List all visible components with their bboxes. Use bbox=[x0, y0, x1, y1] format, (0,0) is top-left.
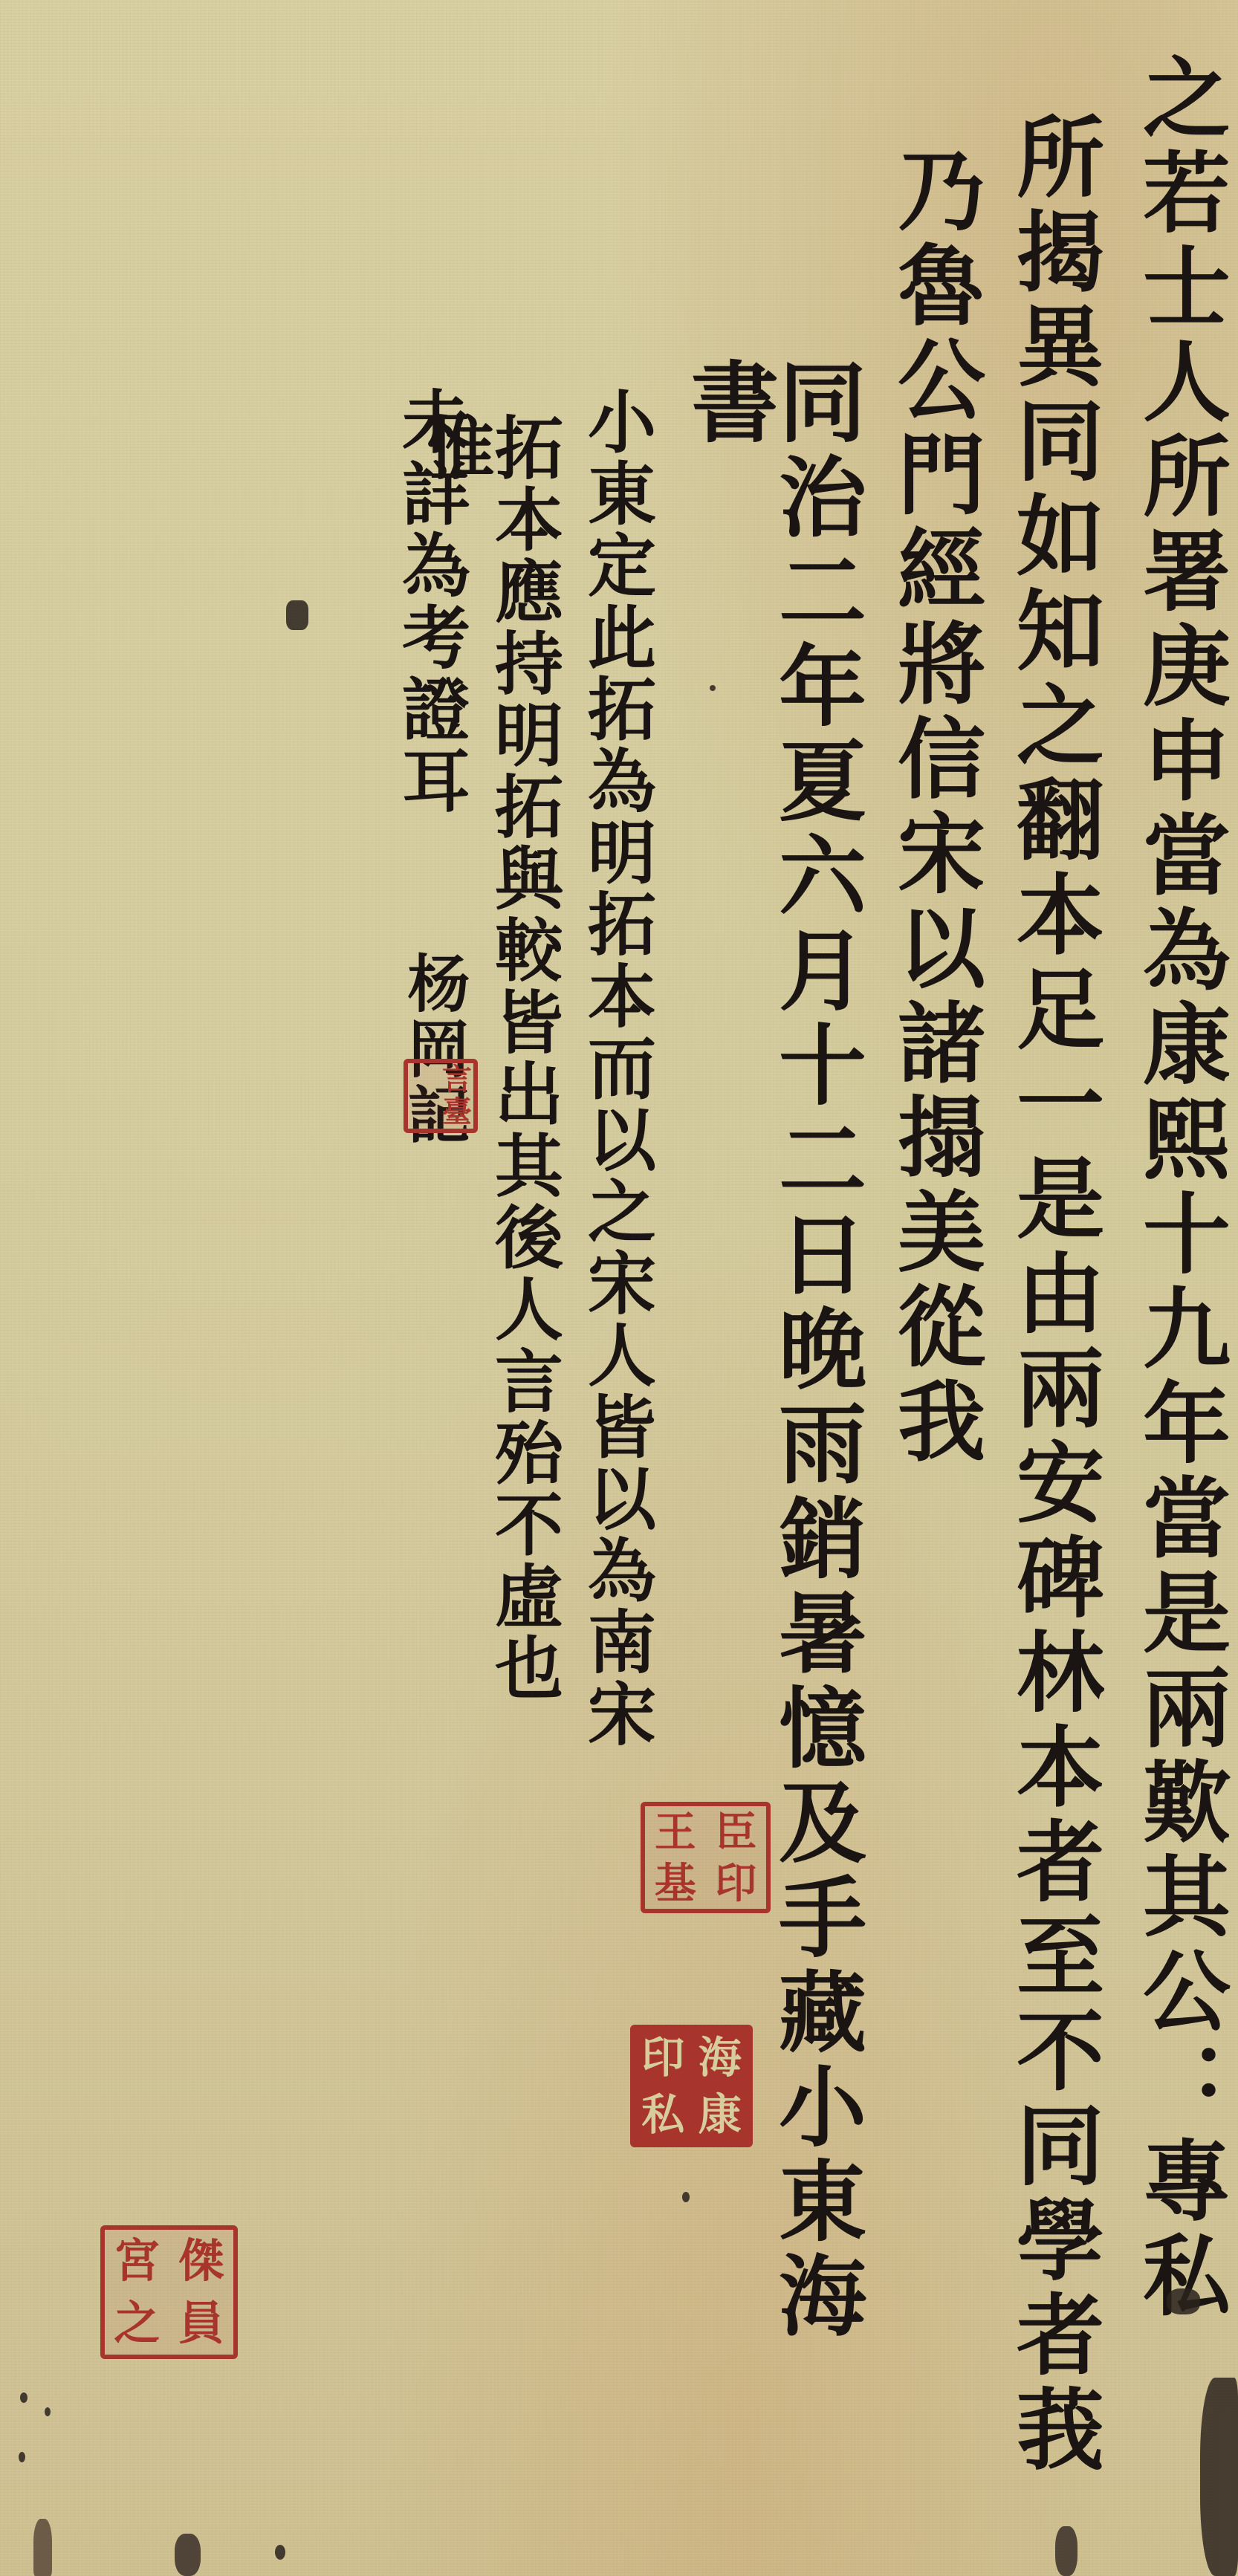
ink-stain bbox=[1055, 2526, 1077, 2576]
seal-char: 王 bbox=[655, 1811, 696, 1853]
ink-dot bbox=[710, 685, 716, 691]
main-column-1: 之若士人所署庚申當為康熙十九年當是兩歎其公：專私 bbox=[1135, 52, 1223, 2504]
ink-blot bbox=[286, 600, 308, 630]
middle-seal-upper: 臣 印 王 基 bbox=[641, 1802, 771, 1913]
colophon-seal: 言 臺 bbox=[404, 1059, 478, 1133]
colophon-column-3: 未詳為考證耳 bbox=[397, 386, 465, 981]
main-column-3: 乃魯公門經將信宋以諸搨美從我 bbox=[890, 145, 978, 1631]
seal-char: 私 bbox=[641, 2093, 684, 2136]
seal-char: 臣 bbox=[715, 1811, 756, 1853]
seal-char: 言 bbox=[442, 1065, 472, 1094]
seal-char: 基 bbox=[655, 1863, 696, 1904]
seal-char: 傑 bbox=[178, 2238, 224, 2284]
ink-dot bbox=[20, 2392, 27, 2403]
seal-char: 海 bbox=[699, 2036, 742, 2079]
ink-stain bbox=[175, 2534, 201, 2576]
collector-seal: 傑 員 宮 之 bbox=[100, 2225, 238, 2359]
ink-stain bbox=[1200, 2378, 1238, 2576]
ink-stain bbox=[33, 2519, 52, 2576]
seal-char: 之 bbox=[114, 2300, 160, 2346]
main-column-2: 所揭異同如知之翻本足一是由兩安碑林本者至不同學者莪 bbox=[1009, 111, 1097, 2489]
ink-dot bbox=[682, 2192, 690, 2202]
ink-dot bbox=[275, 2545, 285, 2560]
seal-char: 宮 bbox=[114, 2238, 160, 2284]
middle-seal-lower: 海 康 印 私 bbox=[630, 2025, 753, 2147]
seal-char: 印 bbox=[641, 2036, 684, 2079]
colophon-column-1: 小東定此拓為明拓本而以之宋人皆以為南宋 bbox=[583, 386, 651, 1798]
ink-dot bbox=[19, 2452, 25, 2462]
ink-stain bbox=[1167, 2288, 1200, 2314]
seal-char: 印 bbox=[715, 1863, 756, 1904]
seal-char: 員 bbox=[178, 2300, 224, 2346]
ink-dot bbox=[45, 2407, 51, 2416]
seal-char: 康 bbox=[699, 2093, 742, 2136]
seal-char: 臺 bbox=[442, 1097, 472, 1127]
